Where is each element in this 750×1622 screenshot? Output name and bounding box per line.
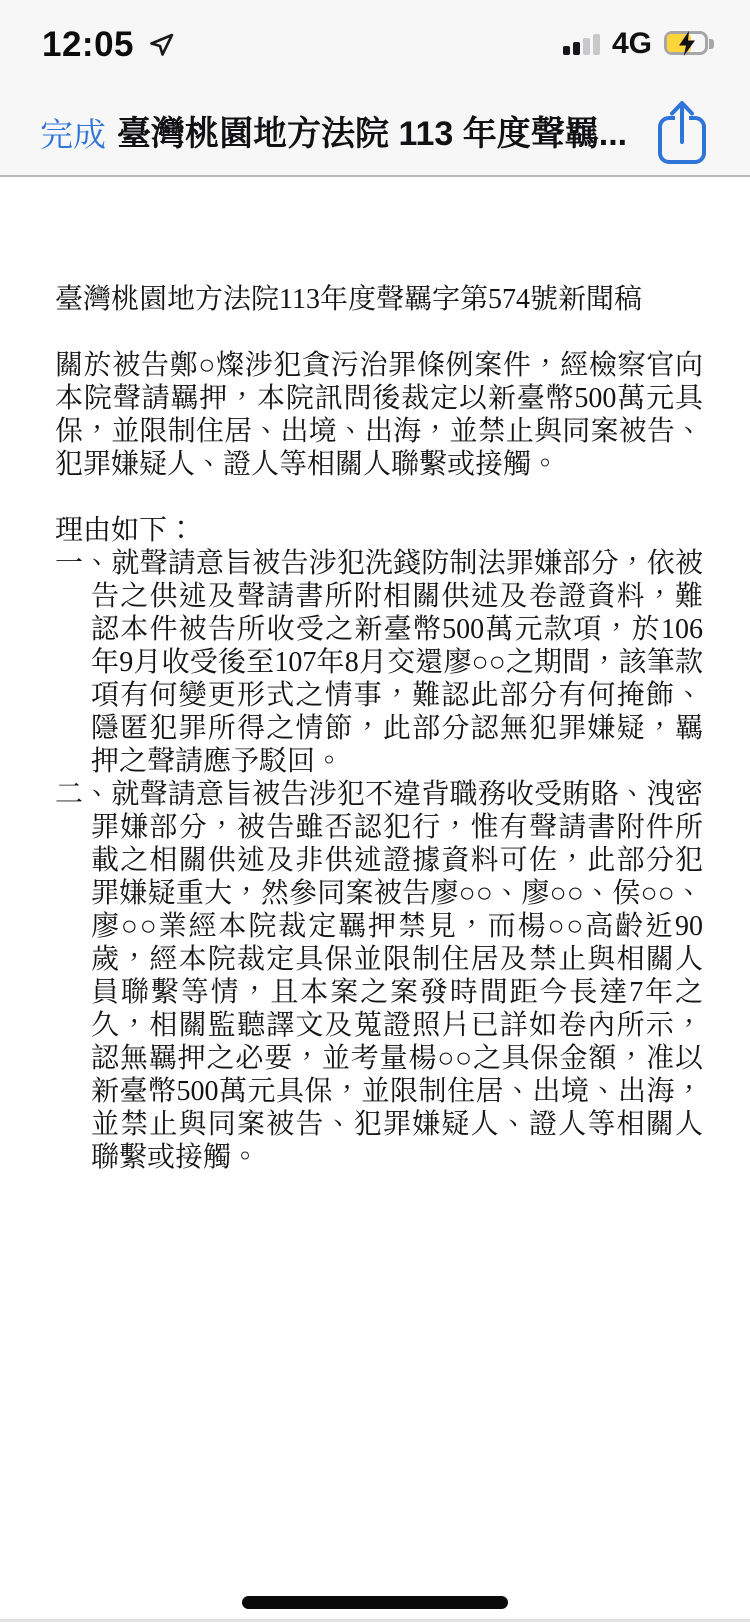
signal-bar-1 xyxy=(563,46,570,55)
signal-bar-2 xyxy=(573,42,580,55)
reason-2-text: 就聲請意旨被告涉犯不違背職務收受賄賂、洩密罪嫌部分，被告雖否認犯行，惟有聲請書附… xyxy=(91,779,703,1173)
reasons-label: 理由如下： xyxy=(55,514,703,547)
reason-1-text: 就聲請意旨被告涉犯洗錢防制法罪嫌部分，依被告之供述及聲請書所附相關供述及卷證資料… xyxy=(91,548,703,777)
status-time: 12:05 xyxy=(42,25,134,65)
charging-bolt-icon xyxy=(675,30,699,57)
battery-cap xyxy=(709,39,714,49)
reason-1-marker: 一、 xyxy=(55,548,111,579)
done-button[interactable]: 完成 xyxy=(40,109,106,156)
reason-item-1: 一、就聲請意旨被告涉犯洗錢防制法罪嫌部分，依被告之供述及聲請書所附相關供述及卷證… xyxy=(55,547,703,778)
home-indicator[interactable] xyxy=(242,1596,508,1609)
signal-bar-3 xyxy=(583,38,590,55)
document-title-truncated: 臺灣桃園地方法院 113 年度聲羈... xyxy=(117,106,627,155)
intro-paragraph: 關於被告鄭○燦涉犯貪污治罪條例案件，經檢察官向本院聲請羈押，本院訊問後裁定以新臺… xyxy=(55,349,703,481)
iphone-screen: 12:05 4G 完成 臺灣桃園地方法院 113 年度聲羈... xyxy=(0,0,750,1622)
press-release-heading: 臺灣桃園地方法院113年度聲羈字第574號新聞稿 xyxy=(55,283,703,316)
status-right-cluster: 4G xyxy=(563,31,714,57)
reason-2-marker: 二、 xyxy=(55,779,111,810)
top-chrome: 12:05 4G 完成 臺灣桃園地方法院 113 年度聲羈... xyxy=(0,0,750,177)
signal-bar-4 xyxy=(593,34,600,55)
share-button[interactable] xyxy=(656,96,708,166)
cellular-signal-icon xyxy=(563,33,600,55)
battery-charging-icon xyxy=(664,31,714,57)
network-type-label: 4G xyxy=(612,31,652,57)
reason-item-2: 二、就聲請意旨被告涉犯不違背職務收受賄賂、洩密罪嫌部分，被告雖否認犯行，惟有聲請… xyxy=(55,778,703,1174)
pdf-document-page[interactable]: 臺灣桃園地方法院113年度聲羈字第574號新聞稿 關於被告鄭○燦涉犯貪污治罪條例… xyxy=(0,177,750,1622)
location-arrow-icon xyxy=(147,31,175,59)
